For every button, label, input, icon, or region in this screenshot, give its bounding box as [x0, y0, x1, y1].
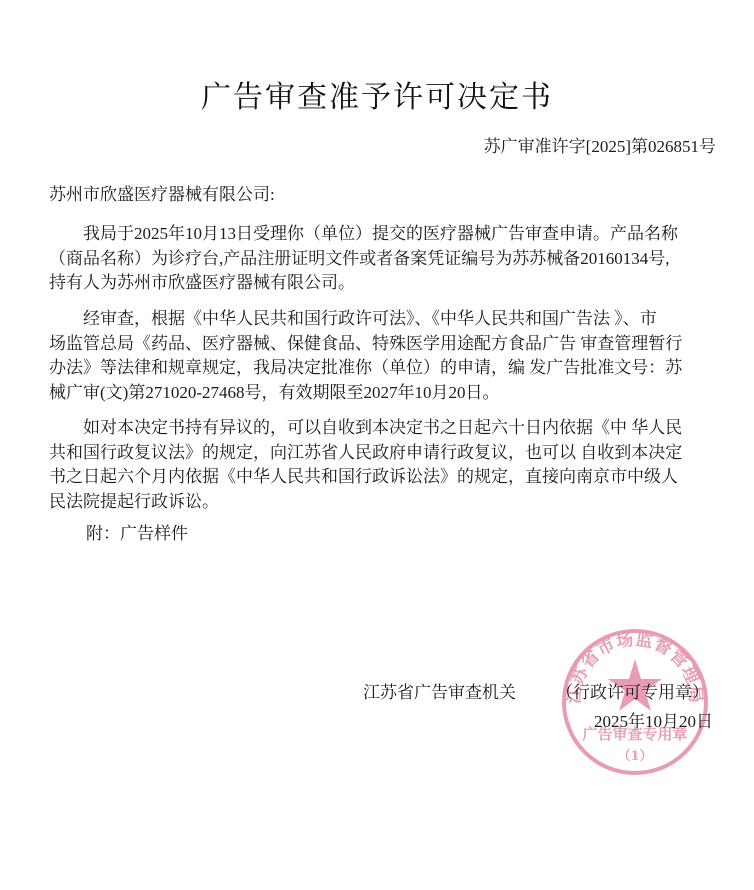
paragraph-line: 民法院提起行政诉讼。 [49, 490, 729, 515]
seal-serial: （1） [617, 748, 652, 764]
paragraph-line: 共和国行政复议法》的规定，向江苏省人民政府申请行政复议，也可以 自收到本决定 [49, 441, 729, 466]
paragraph-line: （商品名称）为诊疗台,产品注册证明文件或者备案凭证编号为苏苏械备20160134… [49, 247, 729, 272]
paragraph-line: 场监管总局《药品、医疗器械、保健食品、特殊医学用途配方食品广告 审查管理暂行 [49, 332, 729, 357]
paragraph-line: 持有人为苏州市欣盛医疗器械有限公司。 [49, 271, 729, 296]
paragraph-line: 办法》等法律和规章规定，我局决定批准你（单位）的申请，编 发广告批准文号：苏 [49, 356, 729, 381]
paragraph-decision: 经审查，根据《中华人民共和国行政许可法》、《中华人民共和国广告法 》、市 场监管… [49, 307, 729, 405]
paragraph-acceptance: 我局于2025年10月13日受理你（单位）提交的医疗器械广告审查申请。产品名称 … [49, 222, 729, 296]
seal-note: （行政许可专用章） [556, 681, 709, 705]
issuing-authority: 江苏省广告审查机关 [363, 681, 516, 705]
issue-date: 2025年10月20日 [594, 710, 713, 734]
paragraph-line: 我局于2025年10月13日受理你（单位）提交的医疗器械广告审查申请。产品名称 [49, 222, 729, 247]
paragraph-line: 经审查，根据《中华人民共和国行政许可法》、《中华人民共和国广告法 》、市 [49, 307, 729, 332]
document-number: 苏广审准许字[2025]第026851号 [484, 135, 716, 159]
paragraph-line: 如对本决定书持有异议的，可以自收到本决定书之日起六十日内依据《中 华人民 [49, 416, 729, 441]
paragraph-line: 械广审(文)第271020-27468号，有效期限至2027年10月20日。 [49, 381, 729, 406]
paragraph-appeal: 如对本决定书持有异议的，可以自收到本决定书之日起六十日内依据《中 华人民 共和国… [49, 416, 729, 514]
paragraph-line: 书之日起六个月内依据《中华人民共和国行政诉讼法》的规定，直接向南京市中级人 [49, 465, 729, 490]
document-title: 广告审查准予许可决定书 [0, 78, 754, 118]
addressee: 苏州市欣盛医疗器械有限公司: [49, 183, 275, 207]
attachment-note: 附：广告样件 [86, 522, 188, 546]
